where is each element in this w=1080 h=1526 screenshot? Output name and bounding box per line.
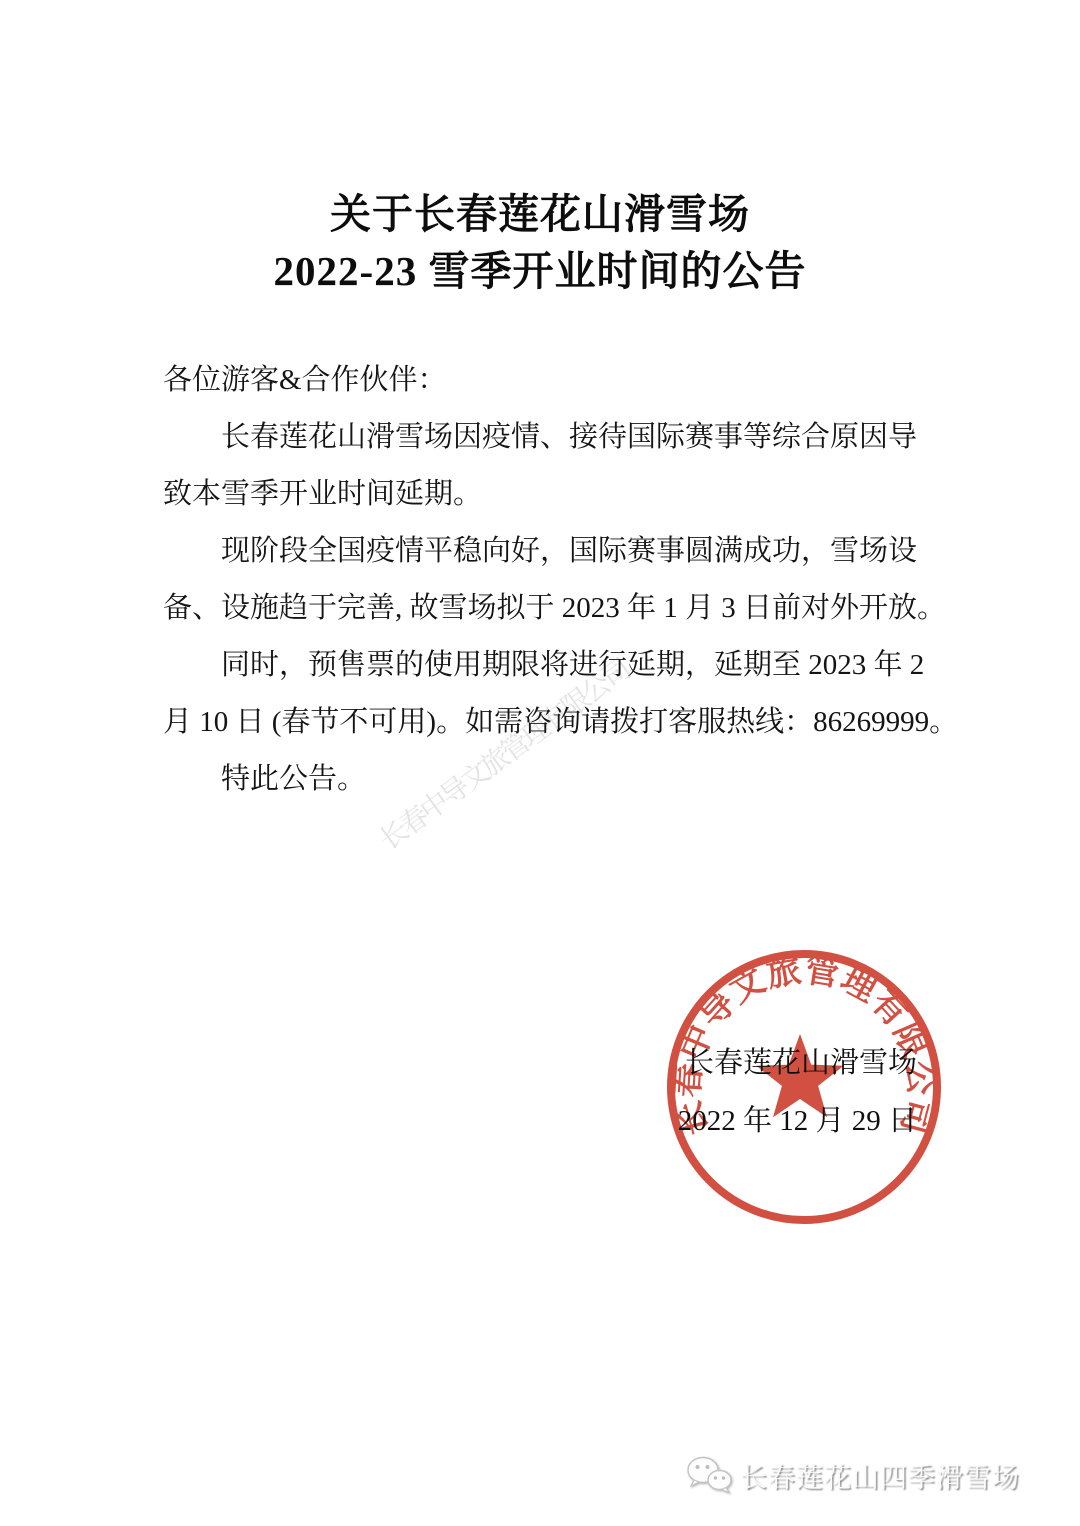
wechat-icon xyxy=(686,1455,732,1495)
salutation: 各位游客&合作伙伴： xyxy=(163,352,919,409)
body-line: 特此公告。 xyxy=(163,751,919,808)
body-line: 长春莲花山滑雪场因疫情、接待国际赛事等综合原因导 xyxy=(163,409,919,466)
document-body: 各位游客&合作伙伴： 长春莲花山滑雪场因疫情、接待国际赛事等综合原因导 致本雪季… xyxy=(163,352,919,808)
body-line: 备、设施趋于完善, 故雪场拟于 2023 年 1 月 3 日前对外开放。 xyxy=(163,580,919,637)
announcement-page: 关于长春莲花山滑雪场 2022-23 雪季开业时间的公告 各位游客&合作伙伴： … xyxy=(0,0,1080,1526)
title-line-1: 关于长春莲花山滑雪场 xyxy=(0,186,1080,243)
body-line: 同时，预售票的使用期限将进行延期，延期至 2023 年 2 xyxy=(163,637,919,694)
signature-date: 2022 年 12 月 29 日 xyxy=(678,1092,917,1150)
signature-name: 长春莲花山滑雪场 xyxy=(678,1034,917,1092)
body-line: 月 10 日 (春节不可用)。如需咨询请拨打客服热线：86269999。 xyxy=(163,694,919,751)
body-line: 现阶段全国疫情平稳向好，国际赛事圆满成功，雪场设 xyxy=(163,523,919,580)
account-name: 长春莲花山四季滑雪场 xyxy=(740,1456,1020,1495)
signature-block: 长春莲花山滑雪场 2022 年 12 月 29 日 xyxy=(678,1034,917,1150)
title-line-2: 2022-23 雪季开业时间的公告 xyxy=(0,243,1080,300)
page-title: 关于长春莲花山滑雪场 2022-23 雪季开业时间的公告 xyxy=(0,186,1080,300)
body-line: 致本雪季开业时间延期。 xyxy=(163,466,919,523)
account-watermark: 长春莲花山四季滑雪场 xyxy=(686,1455,1020,1495)
